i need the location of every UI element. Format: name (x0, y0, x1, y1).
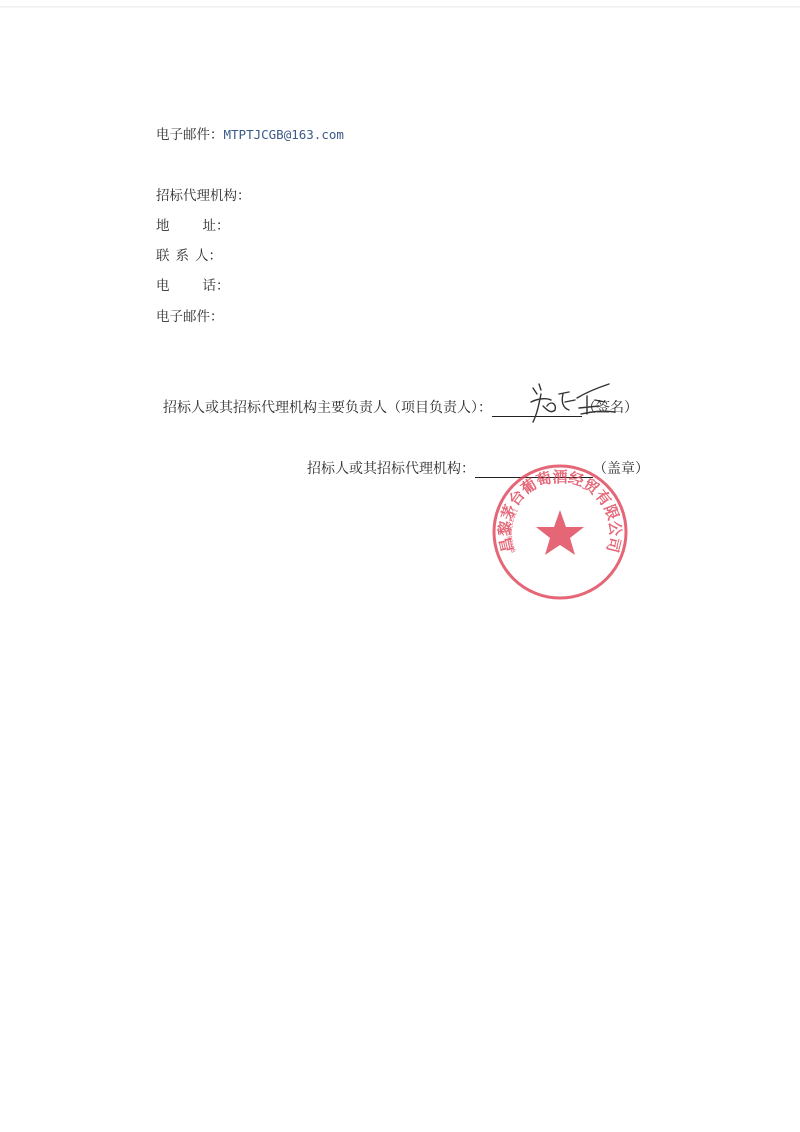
email-label: 电子邮件： (156, 127, 224, 143)
scan-top-edge (0, 6, 800, 8)
email-line: 电子邮件：MTPTJCGB@163.com (156, 126, 344, 144)
signature-label: 招标人或其招标代理机构主要负责人（项目负责人）： (163, 400, 492, 416)
agency-email-label: 电子邮件： (156, 308, 224, 326)
email-value: MTPTJCGB@163.com (224, 127, 344, 142)
star-icon (536, 510, 584, 555)
agency-contact-label: 联系人： (156, 247, 222, 265)
agency-title: 招标代理机构： (156, 187, 251, 205)
agency-phone-label: 电话： (156, 277, 230, 295)
seal-label: 招标人或其招标代理机构： (307, 461, 475, 477)
handwritten-signature (525, 380, 625, 425)
agency-address-label: 地址： (156, 217, 230, 235)
company-stamp: 昌黎茅台葡萄酒经贸有限公司 1303220990288 (490, 462, 630, 602)
